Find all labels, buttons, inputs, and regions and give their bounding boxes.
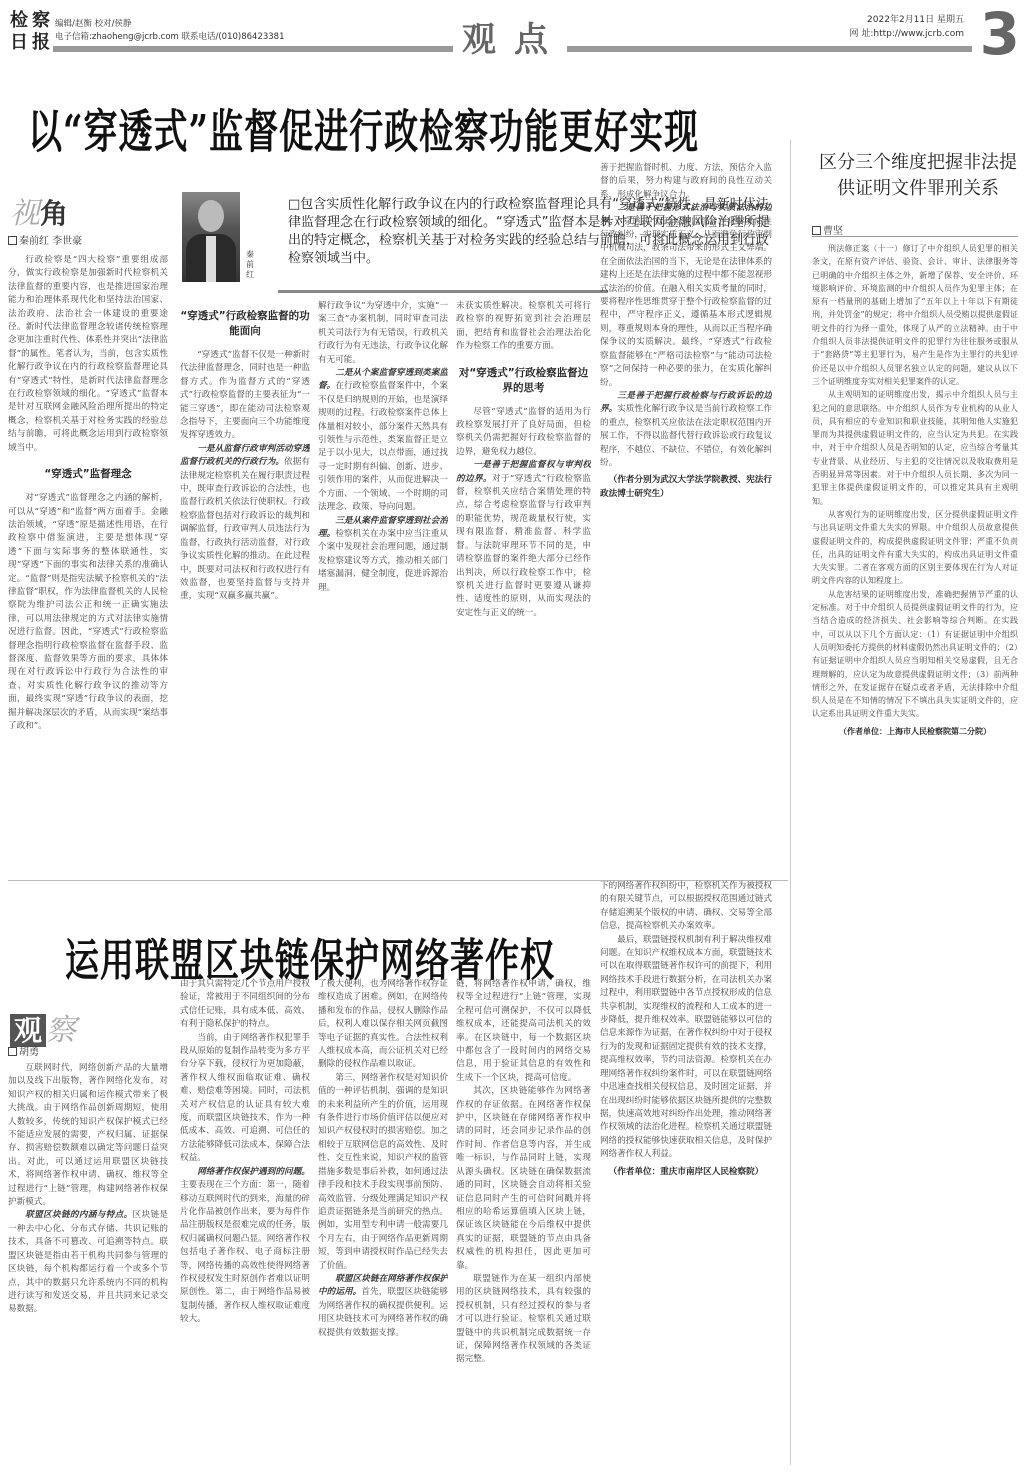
byline-box-icon — [812, 226, 821, 235]
masthead-bar-right — [567, 46, 972, 52]
byline-box-icon — [8, 1047, 17, 1056]
logo-char: 察 — [30, 10, 52, 32]
article2-column-4: 链，将网络著作权申请，确权，维权等全过程进行“上链”管理，实现全程可信可溯保护，… — [456, 978, 591, 1468]
article1-column-1: 行政检察是“四大检察”重要组成部分，做实行政检察是加强新时代检察机关法律监督的重… — [8, 254, 168, 864]
article1-byline: 秦前红 李世豪 — [8, 232, 82, 247]
masthead-meta: 编辑/赵衡 校对/侯静 电子信箱:zhaoheng@jcrb.com 联系电话/… — [55, 18, 285, 44]
column-logo-char: 视 — [10, 196, 40, 231]
sidebar-divider — [790, 140, 791, 1465]
byline-box-icon — [8, 236, 17, 245]
article1-column-3: 解行政争议”为穿透中介，实施“一案三查”办案机制，同时审查司法机关司法行为有无错… — [318, 300, 448, 865]
editor-line: 编辑/赵衡 校对/侯静 — [55, 18, 285, 31]
article2-column-3: 了极大便利，也为网络著作权存证维权造成了困难。例如，在网络传播和发布的作品，侵权… — [318, 978, 448, 1468]
article2-byline: 胡勇 — [8, 1043, 39, 1058]
article1-column-5: 善于把握监督时机、力度、方法，预估介入监督的后果，努力构建与政府间的良性互动关系… — [600, 162, 772, 882]
contact-line: 电子信箱:zhaoheng@jcrb.com 联系电话/(010)8642338… — [55, 31, 285, 44]
subheading: 对“穿透式”行政检察监督边界的思考 — [456, 366, 591, 396]
newspaper-logo: 检 察 日 报 — [8, 10, 52, 54]
author-credit: （作者单位：重庆市南岸区人民检察院） — [600, 1166, 772, 1179]
article3-byline: 曹坚 — [812, 222, 843, 237]
column-logo-char: 角 — [40, 197, 68, 230]
column-logo-shijiao: 视角 — [10, 188, 68, 232]
logo-char: 检 — [8, 10, 30, 32]
subheading: “穿透式”行政检察监督的功能面向 — [180, 309, 310, 339]
article1-column-2: “穿透式”行政检察监督的功能面向 “穿透式”监督不仅是一种新时代法律监督理念，同… — [180, 305, 310, 865]
masthead: 检 察 日 报 编辑/赵衡 校对/侯静 电子信箱:zhaoheng@jcrb.c… — [0, 0, 1024, 60]
article2-column-5: 下的网络著作权纠纷中，检察机关作为被授权的有限关键节点，可以根据授权范围通过链式… — [600, 880, 772, 1470]
column-logo-char: 察 — [46, 1013, 76, 1048]
article3-headline: 区分三个维度把握非法提供证明文件罪刑关系 — [818, 150, 1018, 202]
article1-headline: 以“穿透式”监督促进行政检察功能更好实现 — [28, 95, 699, 161]
logo-char: 日 — [8, 32, 30, 54]
article3-body: 刑法修正案（十一）修订了中介组织人员犯罪的相关条文，在原有资产评估、验资、会计、… — [812, 242, 1018, 1470]
logo-char: 报 — [30, 32, 52, 54]
author-credit: （作者分别为武汉大学法学院教授、宪法行政法博士研究生） — [600, 474, 772, 501]
website: 网 址:http://www.jcrb.com — [849, 27, 964, 41]
author-credit: （作者单位：上海市人民检察院第二分院） — [812, 725, 1018, 738]
pullquote-rule — [278, 290, 608, 293]
article2-column-2: 由于其只需特定几个节点用户授权验证，常被用于不同组织间的分布式信任记账，具有成本… — [180, 978, 310, 1468]
subheading: “穿透式”监督理念 — [8, 467, 168, 482]
byline-rule — [812, 236, 1018, 237]
masthead-bar-left — [53, 46, 453, 52]
photo-caption: 秦前红 — [246, 250, 256, 280]
section-title: 观点 — [462, 20, 566, 60]
page-number: 3 — [980, 4, 1020, 64]
issue-date: 2022年2月11日 星期五 — [849, 13, 964, 27]
masthead-date: 2022年2月11日 星期五 网 址:http://www.jcrb.com — [849, 13, 964, 41]
article1-column-4: 未获实质性解决。检察机关可将行政检察的视野拓宽到社会治理层面，把结育和监督社会治… — [456, 300, 591, 865]
author-photo — [182, 192, 240, 282]
article2-column-1: 互联网时代，网络创新产品的大量增加以及线下出版物，著作网络化发布，对知识产权的相… — [8, 1062, 168, 1467]
